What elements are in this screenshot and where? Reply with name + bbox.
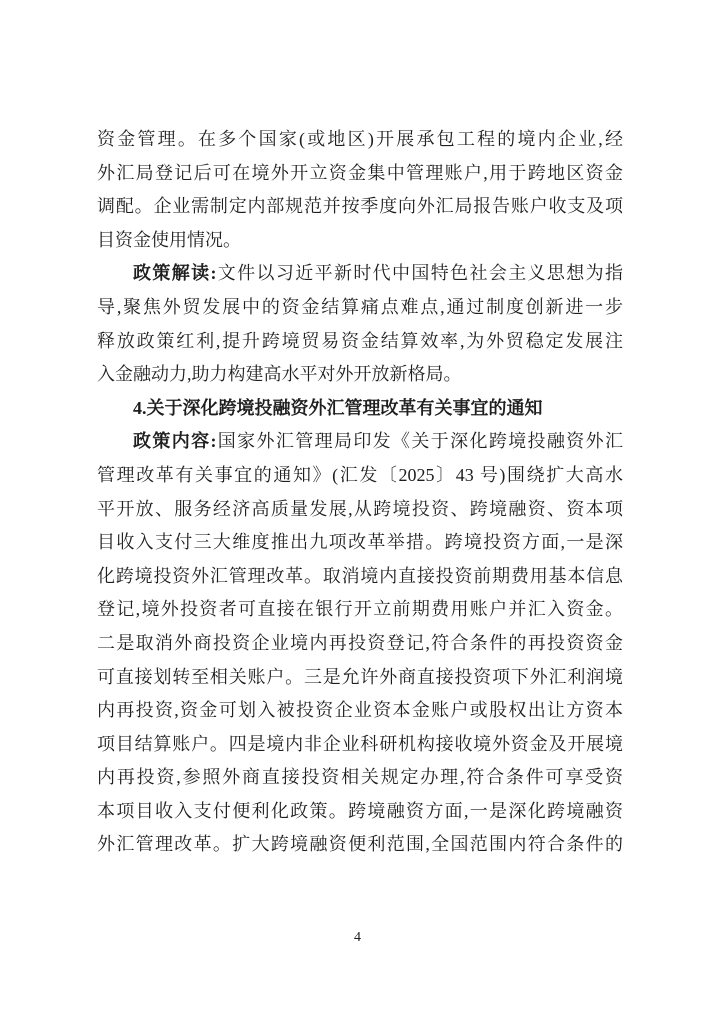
text-segment: 登记,境外投资者可直接在银行开立前期费用账户并汇入资金。 [97,599,623,619]
text-line: 内再投资,资金可划入被投资企业资本金账户或股权出让方资本 [97,694,623,728]
text-line: 外汇局登记后可在境外开立资金集中管理账户,用于跨地区资金 [97,157,623,191]
text-segment: 目收入支付三大维度推出九项改革举措。跨境投资方面,一是深 [97,532,623,552]
text-segment-bold: 政策内容: [133,431,216,451]
page-number: 4 [0,930,715,946]
text-segment: 外汇局登记后可在境外开立资金集中管理账户,用于跨地区资金 [97,163,623,183]
text-segment: 本项目收入支付便利化政策。跨境融资方面,一是深化跨境融资 [97,801,623,821]
text-segment: 项目结算账户。四是境内非企业科研机构接收境外资金及开展境 [97,734,623,754]
text-segment-bold: 政策解读: [133,263,216,283]
text-segment: 入金融动力,助力构建高水平对外开放新格局。 [97,364,462,384]
text-segment: 内再投资,资金可划入被投资企业资本金账户或股权出让方资本 [97,700,623,720]
text-segment: 释放政策红利,提升跨境贸易资金结算效率,为外贸稳定发展注 [97,331,623,351]
text-segment: 目资金使用情况。 [97,230,241,250]
text-line: 目资金使用情况。 [97,224,623,258]
text-line: 释放政策红利,提升跨境贸易资金结算效率,为外贸稳定发展注 [97,325,623,359]
text-line: 外汇管理改革。扩大跨境融资便利范围,全国范围内符合条件的 [97,828,623,862]
text-segment: 管理改革有关事宜的通知》(汇发〔2025〕43 号)围绕扩大高水 [97,465,623,485]
text-line: 化跨境投资外汇管理改革。取消境内直接投资前期费用基本信息 [97,560,623,594]
text-line: 管理改革有关事宜的通知》(汇发〔2025〕43 号)围绕扩大高水 [97,459,623,493]
text-line: 入金融动力,助力构建高水平对外开放新格局。 [97,358,623,392]
text-segment: 二是取消外商投资企业境内再投资登记,符合条件的再投资资金 [97,633,623,653]
text-line: 4.关于深化跨境投融资外汇管理改革有关事宜的通知 [97,392,623,426]
text-segment: 资金管理。在多个国家(或地区)开展承包工程的境内企业,经 [97,129,623,149]
text-segment: 文件以习近平新时代中国特色社会主义思想为指 [216,263,623,283]
text-segment: 外汇管理改革。扩大跨境融资便利范围,全国范围内符合条件的 [97,834,623,854]
text-line: 资金管理。在多个国家(或地区)开展承包工程的境内企业,经 [97,123,623,157]
text-segment: 内再投资,参照外商直接投资相关规定办理,符合条件可享受资 [97,767,623,787]
text-line: 平开放、服务经济高质量发展,从跨境投资、跨境融资、资本项 [97,493,623,527]
text-segment: 国家外汇管理局印发《关于深化跨境投融资外汇 [216,431,623,451]
document-body: 资金管理。在多个国家(或地区)开展承包工程的境内企业,经外汇局登记后可在境外开立… [97,123,623,862]
text-segment-bold: 4.关于深化跨境投融资外汇管理改革有关事宜的通知 [133,398,543,418]
text-line: 项目结算账户。四是境内非企业科研机构接收境外资金及开展境 [97,728,623,762]
text-segment: 调配。企业需制定内部规范并按季度向外汇局报告账户收支及项 [97,196,623,216]
text-line: 本项目收入支付便利化政策。跨境融资方面,一是深化跨境融资 [97,795,623,829]
text-segment: 化跨境投资外汇管理改革。取消境内直接投资前期费用基本信息 [97,566,623,586]
text-line: 调配。企业需制定内部规范并按季度向外汇局报告账户收支及项 [97,190,623,224]
text-line: 导,聚焦外贸发展中的资金结算痛点难点,通过制度创新进一步 [97,291,623,325]
document-page: 资金管理。在多个国家(或地区)开展承包工程的境内企业,经外汇局登记后可在境外开立… [0,0,715,1011]
text-line: 登记,境外投资者可直接在银行开立前期费用账户并汇入资金。 [97,593,623,627]
text-line: 政策内容:国家外汇管理局印发《关于深化跨境投融资外汇 [97,425,623,459]
text-segment: 导,聚焦外贸发展中的资金结算痛点难点,通过制度创新进一步 [97,297,623,317]
text-line: 二是取消外商投资企业境内再投资登记,符合条件的再投资资金 [97,627,623,661]
text-line: 政策解读:文件以习近平新时代中国特色社会主义思想为指 [97,257,623,291]
text-segment: 可直接划转至相关账户。三是允许外商直接投资项下外汇利润境 [97,667,623,687]
text-line: 内再投资,参照外商直接投资相关规定办理,符合条件可享受资 [97,761,623,795]
text-line: 目收入支付三大维度推出九项改革举措。跨境投资方面,一是深 [97,526,623,560]
text-segment: 平开放、服务经济高质量发展,从跨境投资、跨境融资、资本项 [97,499,623,519]
text-line: 可直接划转至相关账户。三是允许外商直接投资项下外汇利润境 [97,661,623,695]
